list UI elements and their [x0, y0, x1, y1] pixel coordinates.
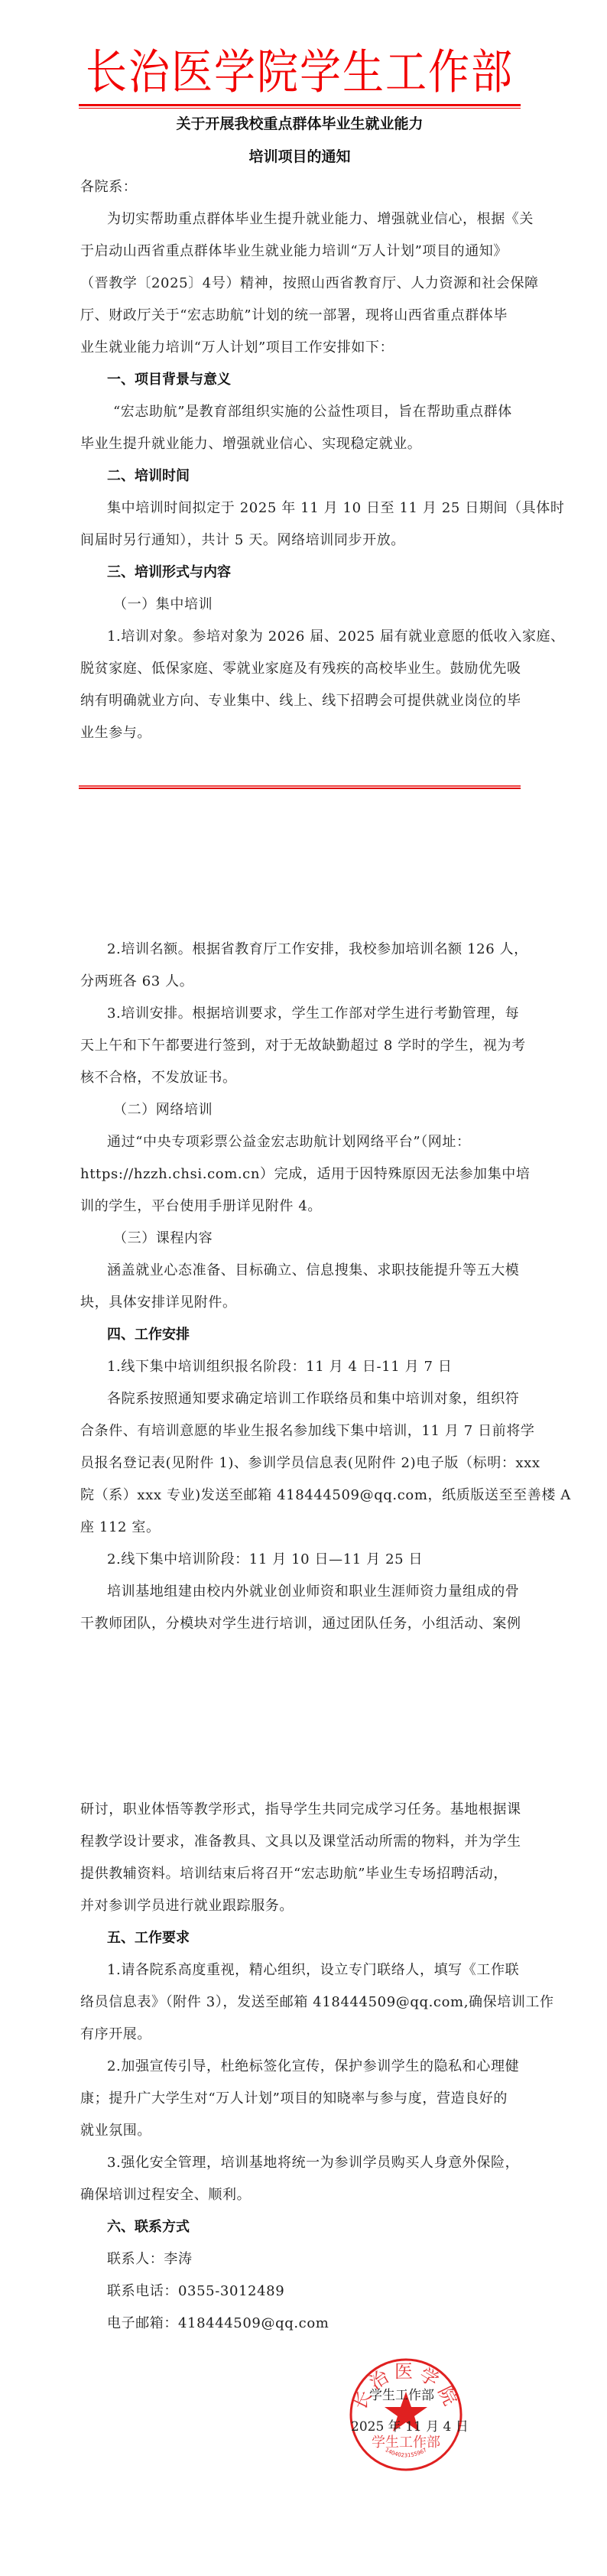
- item1-line: 业生参与。: [80, 724, 531, 742]
- item3-line: 核不合格，不发放证书。: [80, 1069, 531, 1087]
- req3-line: 确保培训过程安全、顺利。: [80, 2186, 531, 2204]
- signature-org: 学生工作部: [369, 2387, 434, 2404]
- section-heading-time: 二、培训时间: [107, 467, 190, 486]
- step2-line: 干教师团队，分模块对学生进行培训，通过团队任务，小组活动、案例: [80, 1615, 531, 1633]
- step1-line: 各院系按照通知要求确定培训工作联络员和集中培训对象，组织符: [107, 1390, 531, 1408]
- step1-line: 员报名登记表(见附件 1)、参训学员信息表(见附件 2)电子版（标明：xxx: [80, 1454, 531, 1473]
- section-heading-form: 三、培训形式与内容: [107, 564, 231, 582]
- section2-line: 间届时另行通知），共计 5 天。网络培训同步开放。: [80, 531, 531, 550]
- req2-line: 康；提升广大学生对“万人计划”项目的知晓率与参与度，营造良好的: [80, 2090, 531, 2108]
- section-heading-background: 一、项目背景与意义: [107, 371, 231, 389]
- online-line: 训的学生，平台使用手册详见附件 4。: [80, 1197, 531, 1216]
- req1-line: 有序开展。: [80, 2025, 531, 2044]
- masthead-red-rule: [79, 104, 521, 109]
- req1-line: 1.请各院系高度重视，精心组织，设立专门联络人，填写《工作联: [107, 1961, 531, 1980]
- page-footer-red-rule: [79, 785, 521, 790]
- section-heading-requirements: 五、工作要求: [107, 1929, 190, 1947]
- subsection-centralized: （一）集中培训: [113, 596, 564, 614]
- salutation: 各院系：: [80, 178, 531, 197]
- signature-date: 2025 年 11 月 4 日: [351, 2418, 469, 2435]
- section1-line: “宏志助航”是教育部组织实施的公益性项目，旨在帮助重点群体: [113, 403, 564, 421]
- item1-line: 纳有明确就业方向、专业集中、线上、线下招聘会可提供就业岗位的毕: [80, 692, 531, 710]
- step1-title: 1.线下集中培训组织报名阶段：11 月 4 日-11 月 7 日: [107, 1358, 531, 1376]
- contact-phone: 联系电话：0355-3012489: [107, 2282, 531, 2301]
- notice-title-line1: 关于开展我校重点群体毕业生就业能力: [79, 115, 521, 133]
- step1-line: 座 112 室。: [80, 1519, 531, 1537]
- intro-line: 厅、财政厅关于“宏志助航”计划的统一部署，现将山西省重点群体毕: [80, 307, 531, 325]
- step1-line: 院（系）xxx 专业)发送至邮箱 418444509@qq.com，纸质版送至至…: [80, 1486, 531, 1505]
- req2-line: 2.加强宣传引导，杜绝标签化宣传，保护参训学生的隐私和心理健: [107, 2058, 531, 2076]
- online-line: 通过“中央专项彩票公益金宏志助航计划网络平台”（网址：: [107, 1133, 531, 1152]
- req2-line: 就业氛围。: [80, 2122, 531, 2140]
- req1-line: 络员信息表》（附件 3），发送至邮箱 418444509@qq.com,确保培训…: [80, 1993, 531, 2012]
- step2-line: 并对参训学员进行就业跟踪服务。: [80, 1897, 531, 1915]
- item3-line: 3.培训安排。根据培训要求，学生工作部对学生进行考勤管理，每: [107, 1005, 531, 1023]
- contact-email: 电子邮箱：418444509@qq.com: [107, 2315, 531, 2333]
- item1-line: 1.培训对象。参培对象为 2026 届、2025 届有就业意愿的低收入家庭、: [107, 628, 531, 646]
- item2-line: 分两班各 63 人。: [80, 973, 531, 991]
- step2-title: 2.线下集中培训阶段：11 月 10 日—11 月 25 日: [107, 1551, 531, 1569]
- contact-person: 联系人：李涛: [107, 2250, 531, 2269]
- section-heading-contact: 六、联系方式: [107, 2218, 190, 2237]
- step2-line: 提供教辅资料。培训结束后将召开“宏志助航”毕业生专场招聘活动，: [80, 1865, 531, 1883]
- document-page: 长治医学院学生工作部 关于开展我校重点群体毕业生就业能力 培训项目的通知 各院系…: [0, 0, 607, 2576]
- item1-line: 脱贫家庭、低保家庭、零就业家庭及有残疾的高校毕业生。鼓励优先吸: [80, 660, 531, 678]
- intro-line: （晋教学〔2025〕4号）精神，按照山西省教育厅、人力资源和社会保障: [80, 274, 531, 293]
- req3-line: 3.强化安全管理，培训基地将统一为参训学员购买人身意外保险，: [107, 2154, 531, 2172]
- step2-line: 研讨，职业体悟等教学形式，指导学生共同完成学习任务。基地根据课: [80, 1801, 531, 1819]
- official-seal-icon: 长治医学院 学生工作部 1404023155967: [348, 2357, 464, 2473]
- course-line: 涵盖就业心态准备、目标确立、信息搜集、求职技能提升等五大模: [107, 1262, 531, 1280]
- intro-line: 于启动山西省重点群体毕业生就业能力培训“万人计划”项目的通知》: [80, 242, 531, 261]
- svg-text:学生工作部: 学生工作部: [372, 2435, 440, 2451]
- item3-line: 天上午和下午都要进行签到，对于无故缺勤超过 8 学时的学生，视为考: [80, 1037, 531, 1055]
- masthead-title: 长治医学院学生工作部: [79, 44, 521, 102]
- course-line: 块，具体安排详见附件。: [80, 1294, 531, 1312]
- intro-line: 为切实帮助重点群体毕业生提升就业能力、增强就业信心，根据《关: [107, 210, 531, 229]
- notice-title-line2: 培训项目的通知: [79, 148, 521, 166]
- item2-line: 2.培训名额。根据省教育厅工作安排，我校参加培训名额 126 人，: [107, 940, 531, 959]
- step2-line: 培训基地组建由校内外就业创业师资和职业生涯师资力量组成的骨: [107, 1583, 531, 1601]
- online-url-line: https://hzzh.chsi.com.cn）完成，适用于因特殊原因无法参加…: [80, 1165, 531, 1184]
- section1-line: 毕业生提升就业能力、增强就业信心、实现稳定就业。: [80, 435, 531, 453]
- step1-line: 合条件、有培训意愿的毕业生报名参加线下集中培训，11 月 7 日前将学: [80, 1422, 531, 1441]
- section2-line: 集中培训时间拟定于 2025 年 11 月 10 日至 11 月 25 日期间（…: [107, 499, 531, 518]
- section-heading-arrangement: 四、工作安排: [107, 1326, 190, 1344]
- step2-line: 程教学设计要求，准备教具、文具以及课堂活动所需的物料，并为学生: [80, 1833, 531, 1851]
- intro-line: 业生就业能力培训“万人计划”项目工作安排如下：: [80, 339, 531, 357]
- subsection-course: （三）课程内容: [113, 1230, 564, 1248]
- subsection-online: （二）网络培训: [113, 1101, 564, 1119]
